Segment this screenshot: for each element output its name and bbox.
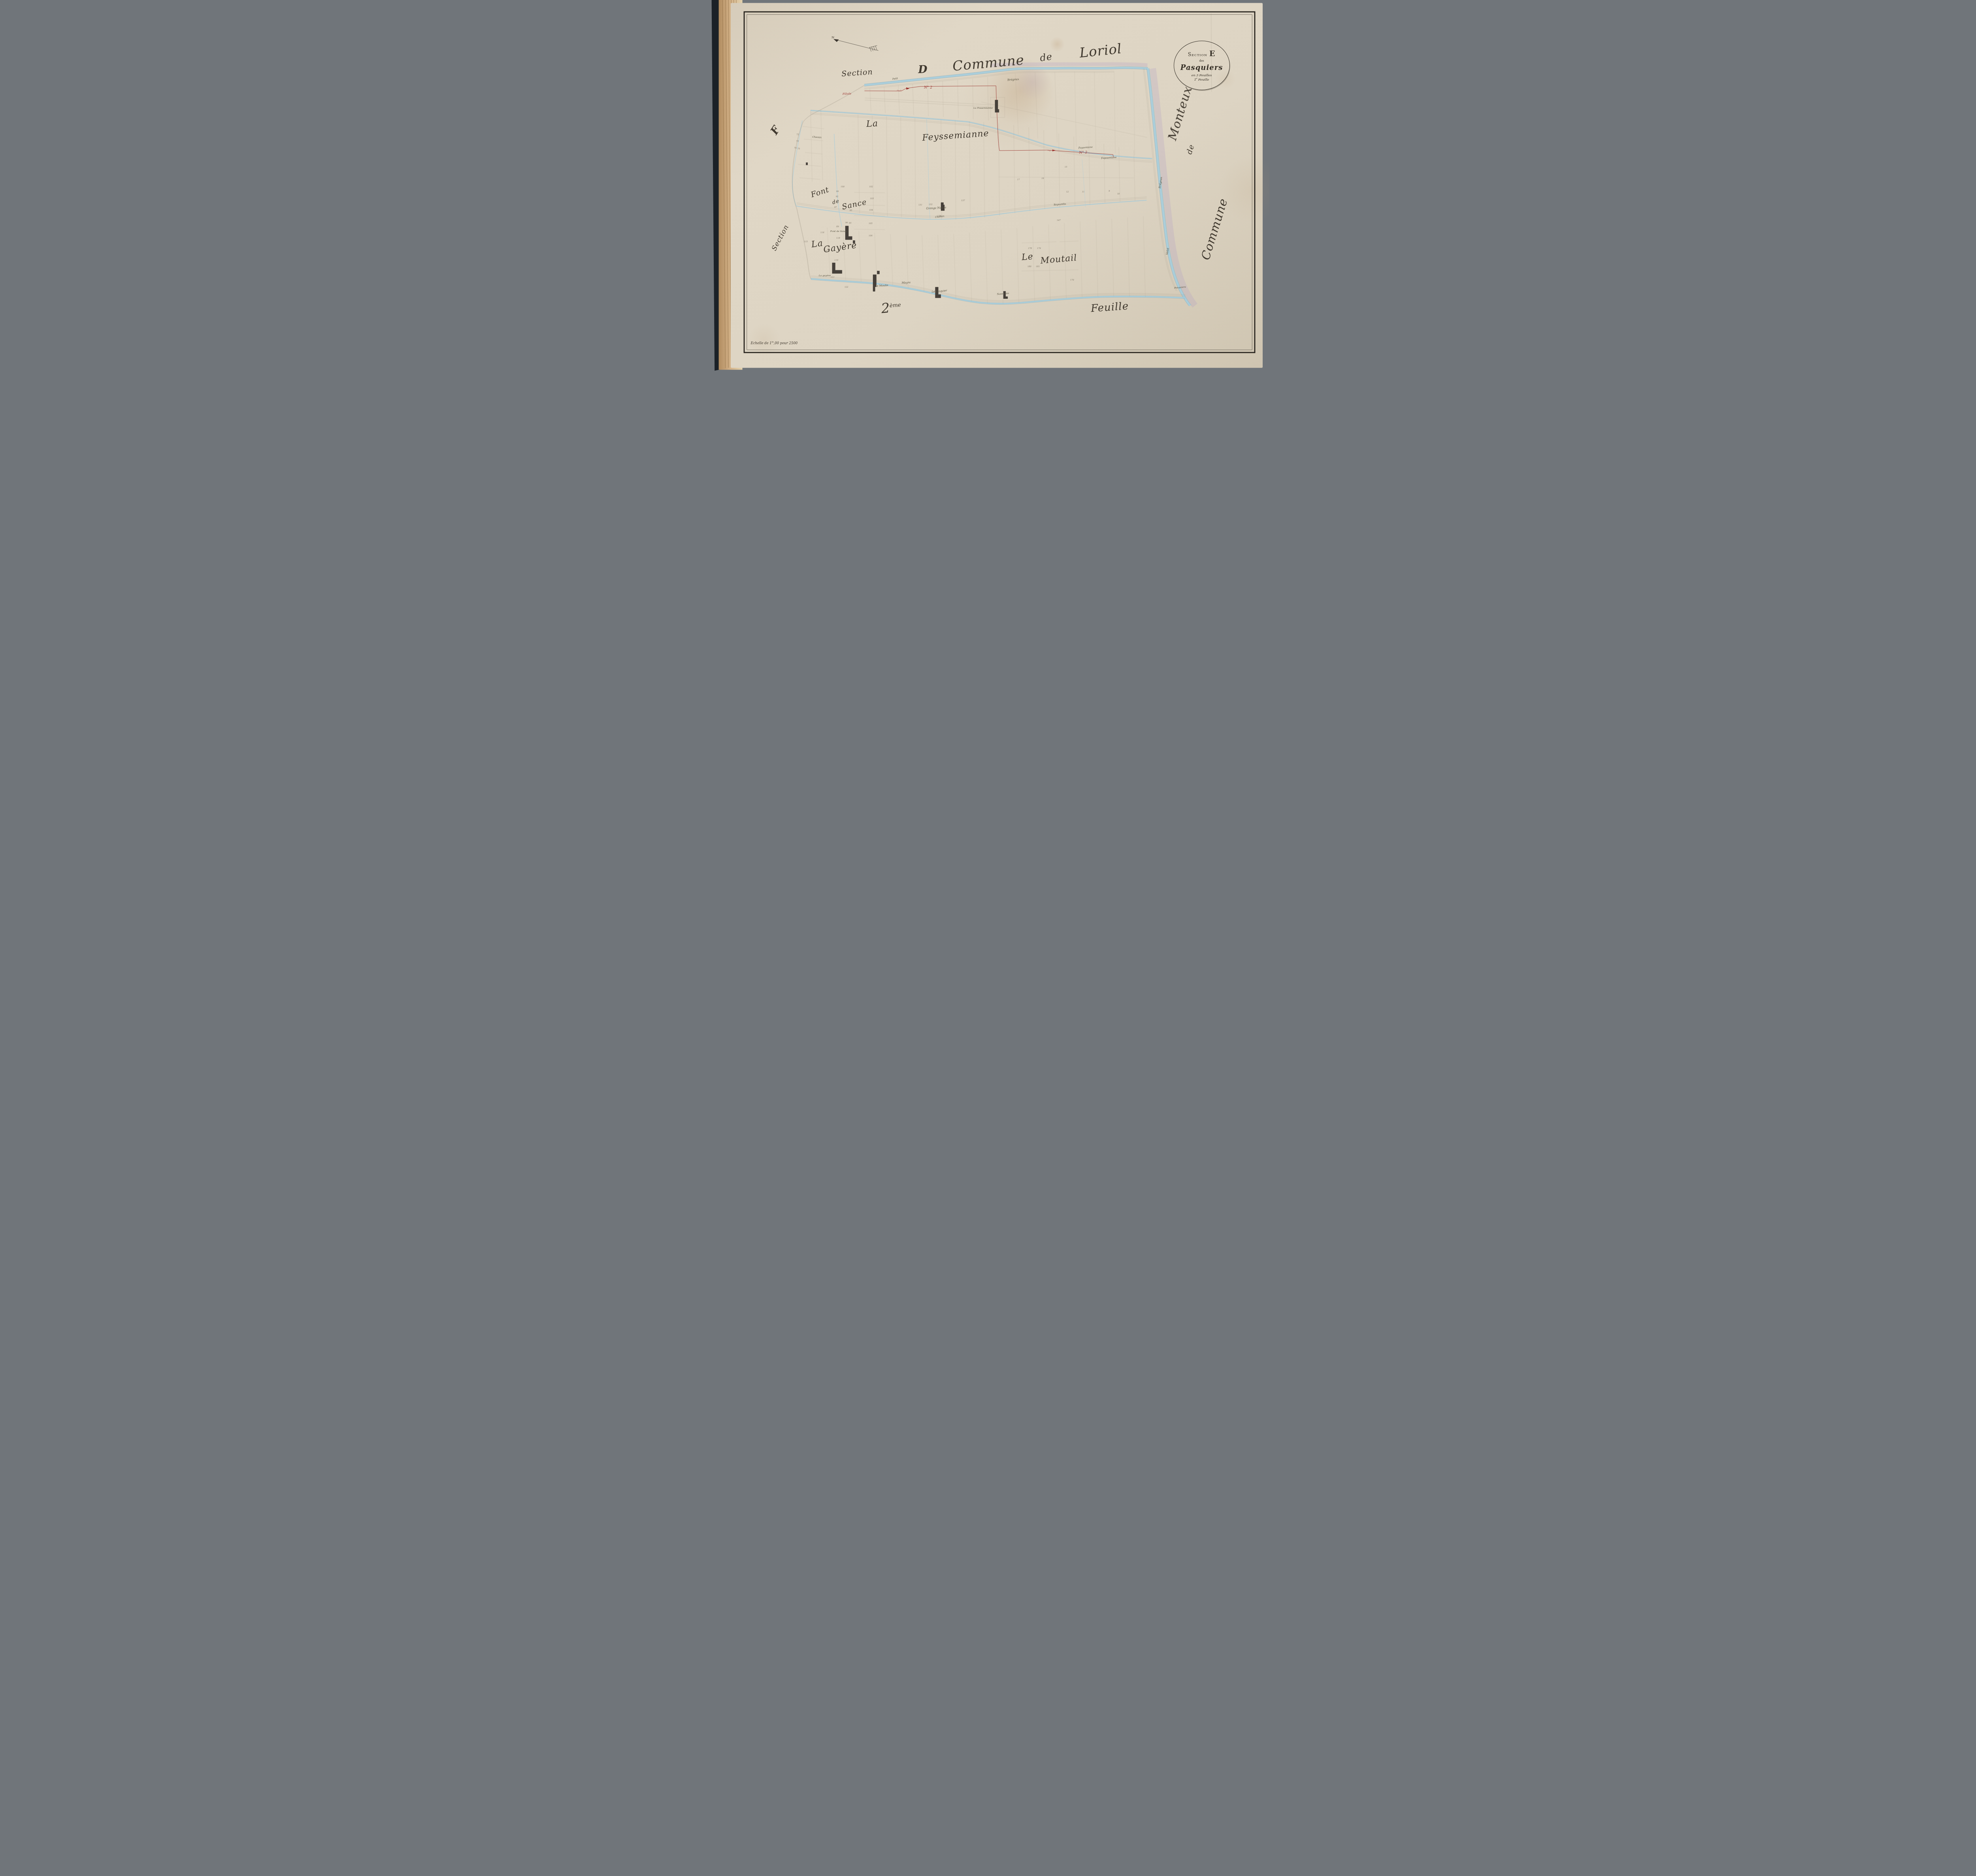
parcel-number: 137: [961, 200, 965, 202]
parcel-number: 16: [1041, 177, 1044, 180]
cartouche-name: Pasquiers: [1180, 64, 1223, 72]
adjacent-section-top-word: Section: [841, 68, 873, 78]
place-la-fessemianne: La Fessemianne: [973, 107, 993, 109]
red-filiole: Filiole: [842, 92, 851, 96]
parcel-number: 9: [1109, 190, 1110, 192]
photo-of-cadastral-atlas: Section D Commune de Loriol Brégoux N Se…: [707, 0, 1269, 375]
parcel-number: 131: [918, 204, 922, 206]
parcel-number: 12: [1066, 191, 1069, 193]
cartouche-des: des: [1199, 59, 1204, 62]
parcel-number: 147: [1057, 219, 1061, 222]
parcel-number: 89: [836, 226, 839, 228]
parcel-number: 72: [796, 134, 799, 136]
parcel-number: 99: [836, 190, 839, 193]
parcel-number: 105: [869, 222, 873, 225]
cartouche: SectionE des Pasquiers en 3 Feuilles 1e …: [1174, 41, 1230, 90]
parcel-number: 94: [845, 222, 848, 224]
parcel-number: 10: [1117, 193, 1120, 195]
parcel-number: 75: [798, 148, 800, 150]
parcel-number: 102: [869, 186, 873, 188]
parcel-number: 93: [849, 222, 851, 224]
parcel-number: 179: [1037, 247, 1041, 250]
locality-font-de: de: [832, 198, 840, 205]
parcel-number: 74: [794, 147, 796, 149]
parcel-number: 180: [1028, 266, 1031, 268]
locality-feyssemianne-la: La: [866, 119, 878, 129]
parcel-number: 92: [836, 196, 838, 198]
parcel-number: 73: [796, 140, 799, 143]
sheet-note-2eme: 2ème: [881, 300, 901, 315]
parcel-number: 100: [841, 186, 845, 188]
parcel-number: 122: [845, 286, 848, 288]
place-font-de-sance: Font de Sance: [830, 230, 847, 233]
parcel-number: 103: [870, 198, 874, 200]
parcel-number: 97: [834, 206, 837, 209]
parcel-number: 13: [1065, 166, 1067, 168]
parcel-number: 17: [1017, 179, 1020, 181]
cartouche-sheets: en 3 Feuilles: [1192, 74, 1212, 77]
parcel-number: 115: [804, 241, 808, 243]
cartouche-sheet-number: 1e Feuille: [1194, 78, 1209, 81]
parcel-number: 170: [1070, 279, 1074, 281]
parcel-number: 118: [836, 237, 840, 239]
stream-mayre: Mayre: [901, 281, 911, 285]
parcel-number: 121: [831, 276, 835, 279]
red-n2-east: N° 2: [1079, 151, 1087, 155]
parcel-number: 104: [869, 209, 873, 211]
parcel-number: 132: [929, 204, 933, 206]
place-la-gayere: La gayère: [819, 275, 831, 277]
parcel-number: 119: [834, 259, 838, 262]
locality-gayere-la: La: [811, 239, 824, 249]
parcel-number: 101: [825, 250, 829, 253]
adjacent-section-top-letter: D: [918, 64, 927, 75]
parcel-number: 116: [820, 232, 824, 234]
parcel-number: 181: [1036, 266, 1040, 268]
sheet-note-feuille: Feuille: [1090, 301, 1129, 314]
cartouche-section-line: SectionE: [1188, 49, 1216, 58]
red-n2-west: N° 2: [924, 86, 932, 89]
title-loriol: Loriol: [1079, 42, 1122, 60]
parcel-number: 136: [937, 215, 941, 217]
parcel-number: 95: [850, 209, 852, 212]
parcel-number: 106: [869, 235, 873, 237]
scale-note: Echelle de 1m,00 pour 2500: [750, 341, 798, 345]
locality-moutail-le: Le: [1021, 253, 1033, 262]
road-chemin-1: Chemin: [812, 136, 822, 139]
title-de: de: [1039, 52, 1053, 63]
north-label: N: [832, 36, 834, 39]
parcel-number: 96: [843, 208, 845, 211]
parcel-number: 178: [1028, 247, 1032, 250]
parcel-number: 11: [1082, 191, 1084, 193]
